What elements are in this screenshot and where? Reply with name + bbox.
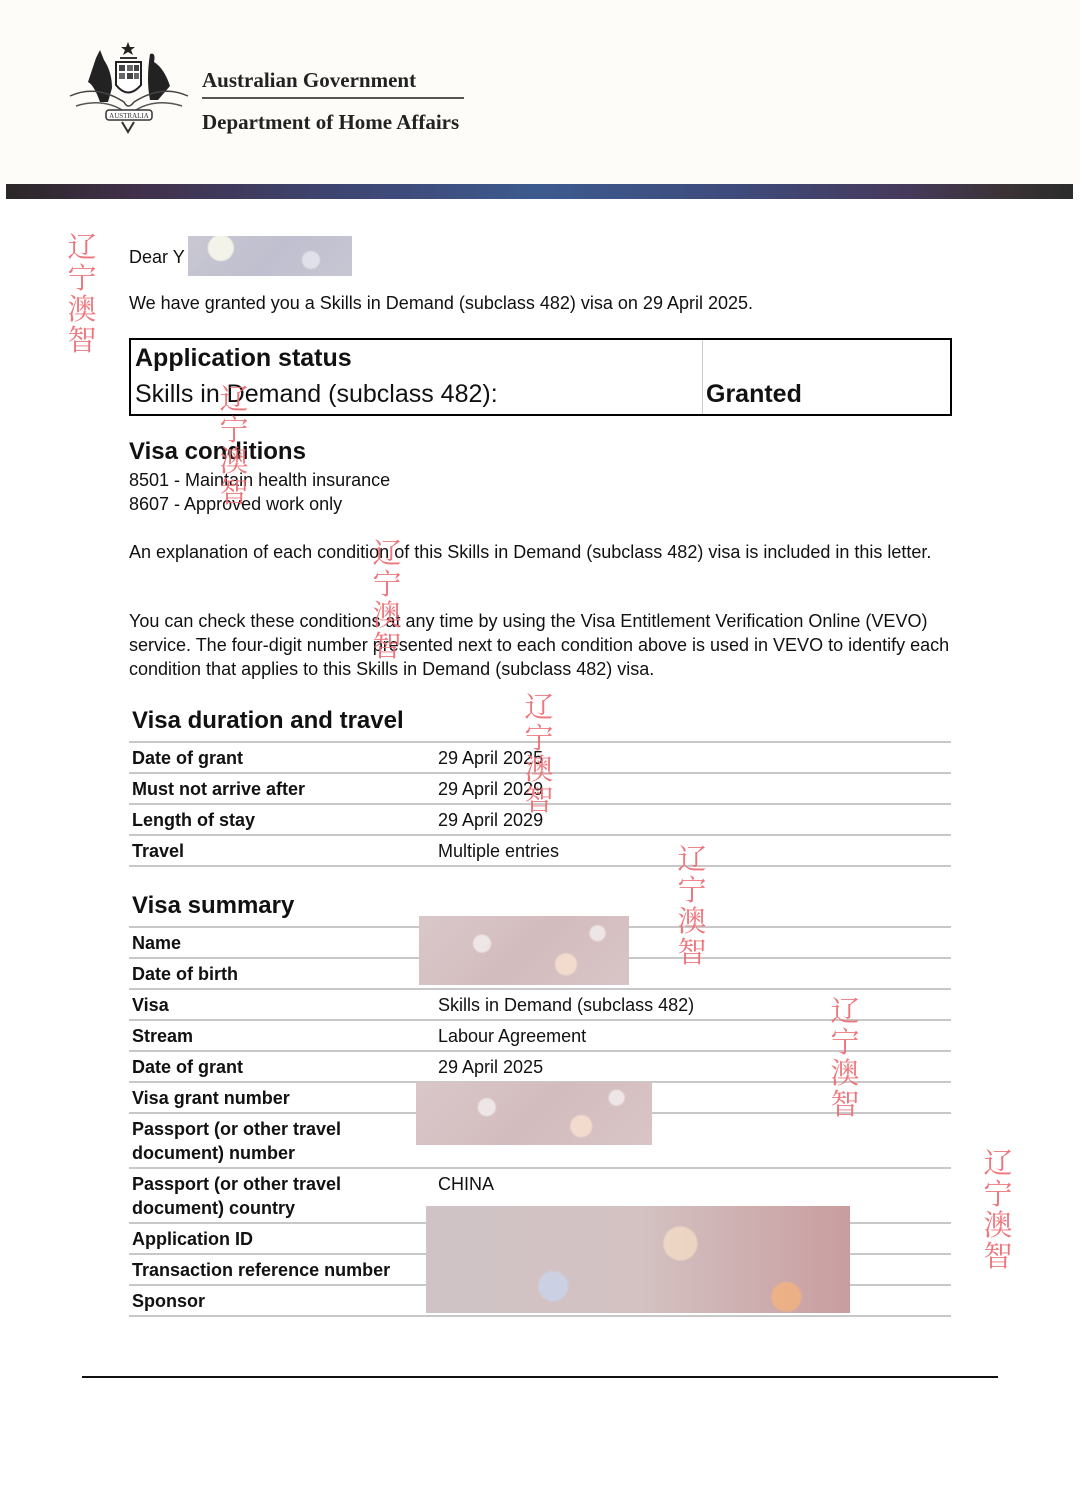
row-label: Date of grant: [129, 1051, 435, 1082]
redacted-grant-passport: [416, 1082, 652, 1145]
footer-divider: [82, 1376, 998, 1378]
watermark: 辽宁澳智: [218, 384, 250, 508]
watermark: 辽宁澳智: [982, 1148, 1014, 1272]
row-value: Skills in Demand (subclass 482): [435, 989, 951, 1020]
letterhead: AUSTRALIA Australian Government Departme…: [0, 0, 1080, 184]
row-label: Length of stay: [129, 804, 435, 835]
status-label: Skills in Demand (subclass 482):: [135, 380, 498, 409]
letterhead-divider: [202, 97, 464, 99]
coat-of-arms-icon: AUSTRALIA: [66, 40, 192, 134]
government-name: Australian Government: [202, 68, 416, 93]
row-label: Date of grant: [129, 742, 435, 773]
condition-item: 8607 - Approved work only: [129, 492, 951, 516]
redacted-name: [188, 236, 352, 276]
svg-text:AUSTRALIA: AUSTRALIA: [109, 112, 149, 120]
watermark: 辽宁澳智: [523, 692, 555, 816]
visa-summary-heading: Visa summary: [132, 892, 294, 920]
header-color-bar: [6, 184, 1073, 199]
application-status-box: Application status Skills in Demand (sub…: [129, 338, 952, 416]
row-value: 29 April 2025: [435, 742, 951, 773]
visa-duration-heading: Visa duration and travel: [132, 707, 404, 735]
watermark: 辽宁澳智: [676, 844, 708, 968]
table-row: StreamLabour Agreement: [129, 1020, 951, 1051]
row-label: Sponsor: [129, 1285, 435, 1316]
row-label: Passport (or other travel document) coun…: [129, 1168, 435, 1223]
row-label: Must not arrive after: [129, 773, 435, 804]
table-row: VisaSkills in Demand (subclass 482): [129, 989, 951, 1020]
grant-intro: We have granted you a Skills in Demand (…: [129, 291, 951, 315]
watermark: 辽宁澳智: [66, 232, 98, 356]
watermark: 辽宁澳智: [829, 996, 861, 1120]
row-label: Name: [129, 927, 435, 958]
row-label: Transaction reference number: [129, 1254, 435, 1285]
row-value: 29 April 2025: [435, 1051, 951, 1082]
department-name: Department of Home Affairs: [202, 110, 459, 135]
table-row: Date of grant29 April 2025: [129, 1051, 951, 1082]
row-label: Visa grant number: [129, 1082, 435, 1113]
status-divider: [702, 340, 703, 414]
redacted-ids-sponsor: [426, 1206, 850, 1313]
condition-item: 8501 - Maintain health insurance: [129, 468, 951, 492]
watermark: 辽宁澳智: [371, 538, 403, 662]
row-value: Labour Agreement: [435, 1020, 951, 1051]
vevo-note: You can check these conditions at any ti…: [129, 609, 959, 681]
row-label: Application ID: [129, 1223, 435, 1254]
row-label: Travel: [129, 835, 435, 866]
status-title: Application status: [135, 344, 352, 373]
row-label: Stream: [129, 1020, 435, 1051]
row-label: Date of birth: [129, 958, 435, 989]
status-value: Granted: [706, 380, 802, 409]
table-row: TravelMultiple entries: [129, 835, 951, 866]
row-value: 29 April 2029: [435, 804, 951, 835]
row-value: 29 April 2029: [435, 773, 951, 804]
conditions-explanation: An explanation of each condition of this…: [129, 540, 951, 564]
redacted-name-dob: [419, 916, 629, 985]
row-label: Visa: [129, 989, 435, 1020]
row-label: Passport (or other travel document) numb…: [129, 1113, 435, 1168]
